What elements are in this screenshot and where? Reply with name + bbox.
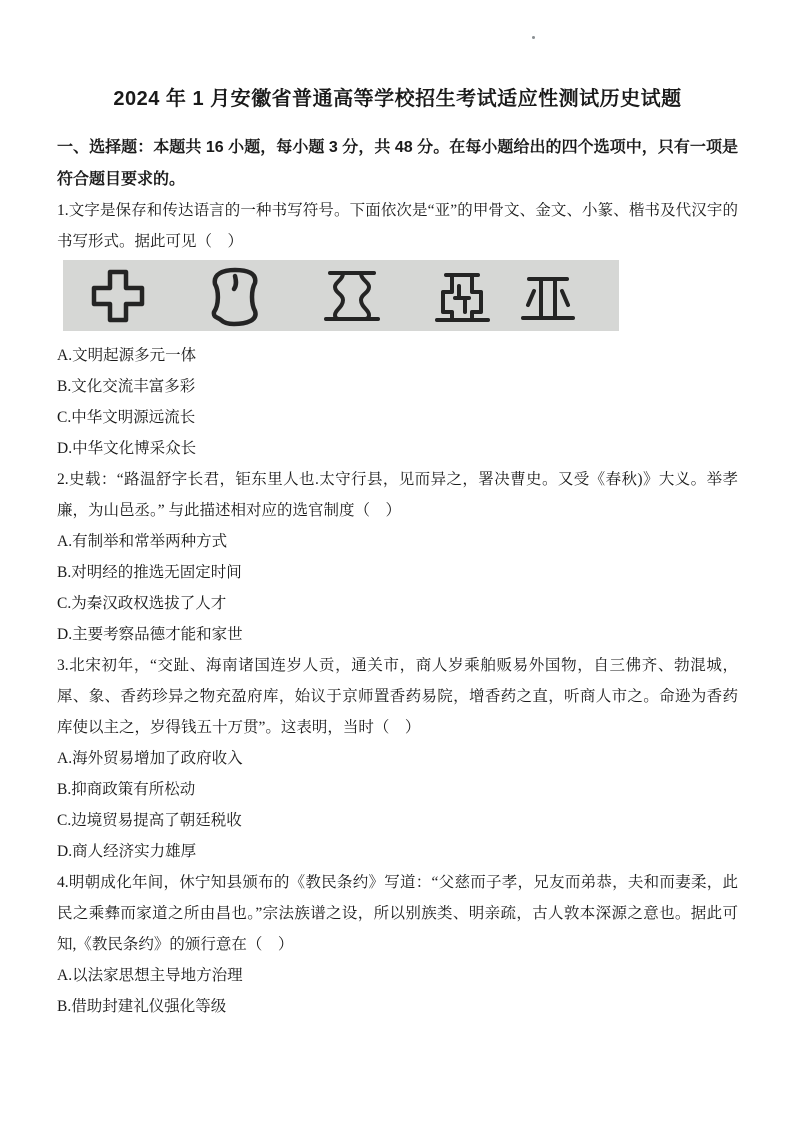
- question-1-option-a: A.文明起源多元一体: [57, 340, 738, 371]
- question-2-option-d: D.主要考察品德才能和家世: [57, 619, 738, 650]
- page-title: 2024 年 1 月安徽省普通高等学校招生考试适应性测试历史试题: [57, 86, 738, 112]
- bronze-ya-glyph: [214, 270, 256, 324]
- question-3-option-a: A.海外贸易增加了政府收入: [57, 743, 738, 774]
- ya-glyphs-image: [63, 260, 619, 331]
- question-1-option-b: B.文化交流丰富多彩: [57, 371, 738, 402]
- question-4-option-b: B.借助封建礼仪强化等级: [57, 991, 738, 1022]
- ya-glyphs-figure: [63, 260, 619, 331]
- question-1-option-d: D.中华文化博采众长: [57, 433, 738, 464]
- question-2-option-a: A.有制举和常举两种方式: [57, 526, 738, 557]
- exam-content: 2024 年 1 月安徽省普通高等学校招生考试适应性测试历史试题 一、选择题：本…: [57, 0, 738, 1022]
- question-3-option-b: B.抑商政策有所松动: [57, 774, 738, 805]
- question-3-stem: 3.北宋初年，“交趾、海南诸国连岁人贡，通关市，商人岁乘舶贩易外国物，自三佛齐、…: [57, 650, 738, 743]
- question-2-option-b: B.对明经的推选无固定时间: [57, 557, 738, 588]
- question-2-option-c: C.为秦汉政权选拔了人才: [57, 588, 738, 619]
- seal-ya-glyph: [326, 273, 378, 319]
- question-1-option-c: C.中华文明源远流长: [57, 402, 738, 433]
- question-2-stem: 2.史载：“路温舒字长君，钜东里人也.太守行县，见而异之，署决曹史。又受《春秋)…: [57, 464, 738, 526]
- regular-ya-glyph: [437, 275, 488, 320]
- exam-page: 2024 年 1 月安徽省普通高等学校招生考试适应性测试历史试题 一、选择题：本…: [0, 0, 793, 1122]
- section-heading: 一、选择题：本题共 16 小题，每小题 3 分，共 48 分。在每小题给出的四个…: [57, 132, 738, 195]
- modern-ya-glyph: [523, 279, 573, 318]
- question-4-option-a: A.以法家思想主导地方治理: [57, 960, 738, 991]
- oracle-bone-ya-glyph: [94, 272, 142, 320]
- question-3-option-c: C.边境贸易提高了朝廷税收: [57, 805, 738, 836]
- question-4-stem: 4.明朝成化年间，休宁知县颁布的《教民条约》写道：“父慈而子孝，兄友而弟恭，夫和…: [57, 867, 738, 960]
- question-1-stem: 1.文字是保存和传达语言的一种书写符号。下面依次是“亚”的甲骨文、金文、小篆、楷…: [57, 195, 738, 257]
- question-3-option-d: D.商人经济实力雄厚: [57, 836, 738, 867]
